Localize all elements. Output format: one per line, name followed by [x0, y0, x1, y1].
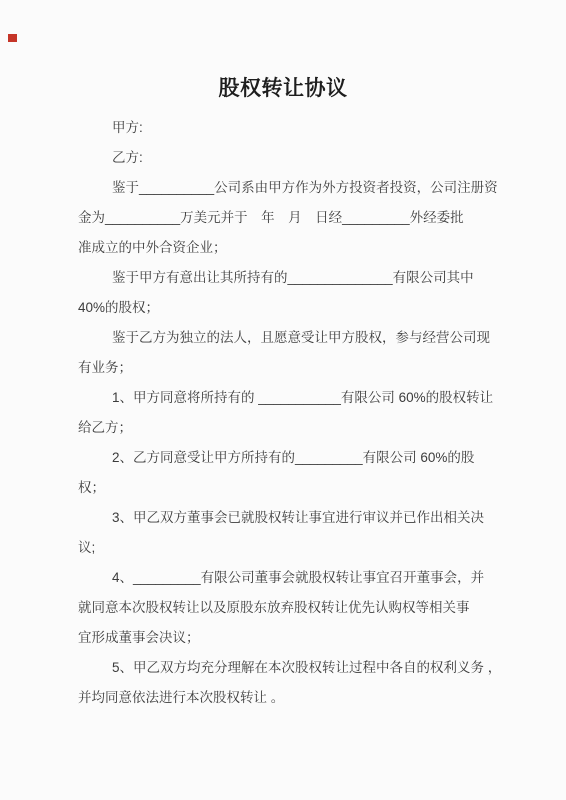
paragraph-1: 甲方:: [78, 113, 490, 143]
text-line: 金为__________万美元并于 年 月 日经_________外经委批: [78, 203, 490, 233]
text-line: 准成立的中外合资企业；: [78, 233, 490, 263]
paragraph-3: 鉴于__________公司系由甲方作为外方投资者投资，公司注册资金为_____…: [78, 173, 490, 263]
document-title: 股权转让协议: [0, 0, 566, 104]
text-line: 鉴于甲方有意出让其所持有的______________有限公司其中: [78, 263, 490, 293]
paragraph-9: 4、_________有限公司董事会就股权转让事宜召开董事会，并就同意本次股权转…: [78, 563, 490, 653]
paragraph-7: 2、乙方同意受让甲方所持有的_________有限公司 60%的股权；: [78, 443, 490, 503]
text-line: 权；: [78, 473, 490, 503]
text-line: 并均同意依法进行本次股权转让 。: [78, 683, 490, 713]
text-line: 4、_________有限公司董事会就股权转让事宜召开董事会，并: [78, 563, 490, 593]
paragraph-4: 鉴于甲方有意出让其所持有的______________有限公司其中40%的股权；: [78, 263, 490, 323]
paragraph-8: 3、甲乙双方董事会已就股权转让事宜进行审议并已作出相关决议;: [78, 503, 490, 563]
text-line: 40%的股权；: [78, 293, 490, 323]
paragraph-6: 1、甲方同意将所持有的 ___________有限公司 60%的股权转让给乙方；: [78, 383, 490, 443]
text-line: 1、甲方同意将所持有的 ___________有限公司 60%的股权转让: [78, 383, 490, 413]
document-body: 甲方:乙方:鉴于__________公司系由甲方作为外方投资者投资，公司注册资金…: [78, 113, 490, 713]
text-line: 鉴于乙方为独立的法人，且愿意受让甲方股权，参与经营公司现: [78, 323, 490, 353]
text-line: 乙方:: [78, 143, 490, 173]
paragraph-2: 乙方:: [78, 143, 490, 173]
text-line: 甲方:: [78, 113, 490, 143]
paragraph-10: 5、甲乙双方均充分理解在本次股权转让过程中各自的权利义务 ，并均同意依法进行本次…: [78, 653, 490, 713]
text-line: 鉴于__________公司系由甲方作为外方投资者投资，公司注册资: [78, 173, 490, 203]
text-line: 就同意本次股权转让以及原股东放弃股权转让优先认购权等相关事: [78, 593, 490, 623]
text-line: 给乙方；: [78, 413, 490, 443]
text-line: 宜形成董事会决议；: [78, 623, 490, 653]
red-marker: [8, 34, 17, 42]
text-line: 议;: [78, 533, 490, 563]
text-line: 3、甲乙双方董事会已就股权转让事宜进行审议并已作出相关决: [78, 503, 490, 533]
text-line: 2、乙方同意受让甲方所持有的_________有限公司 60%的股: [78, 443, 490, 473]
paragraph-5: 鉴于乙方为独立的法人，且愿意受让甲方股权，参与经营公司现有业务；: [78, 323, 490, 383]
document-page: 股权转让协议 甲方:乙方:鉴于__________公司系由甲方作为外方投资者投资…: [0, 0, 566, 800]
text-line: 有业务；: [78, 353, 490, 383]
text-line: 5、甲乙双方均充分理解在本次股权转让过程中各自的权利义务 ，: [78, 653, 490, 683]
